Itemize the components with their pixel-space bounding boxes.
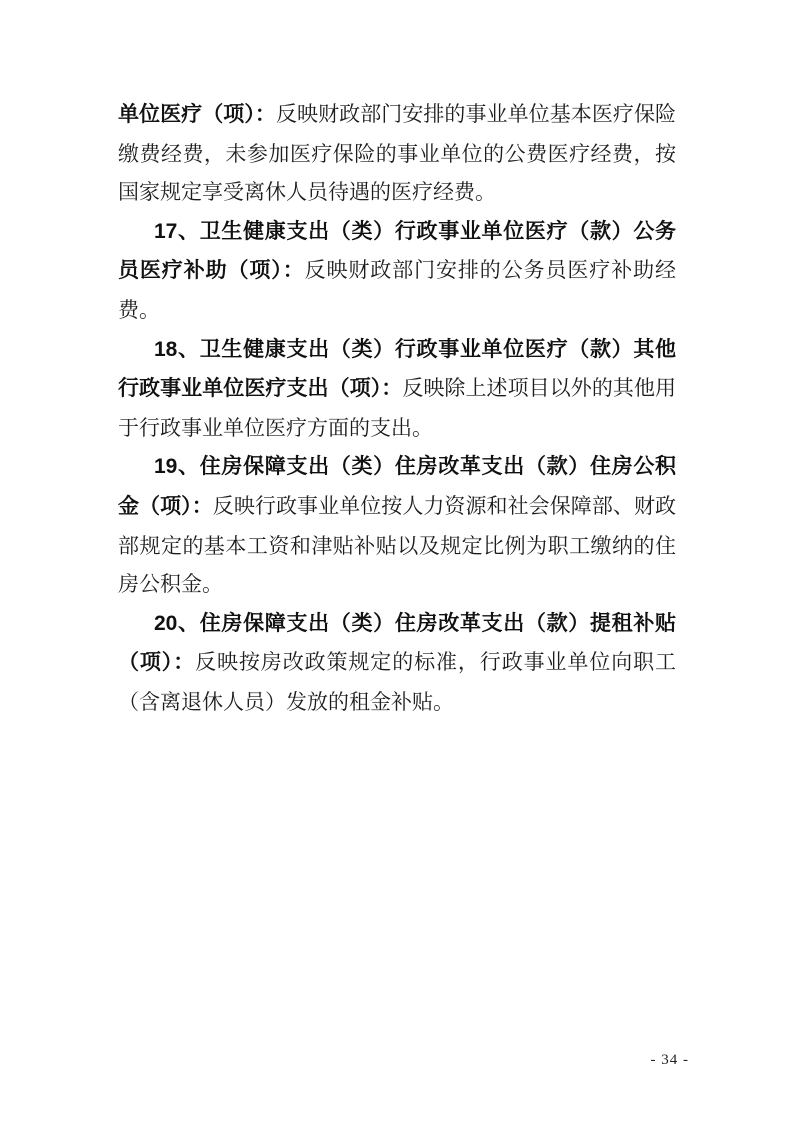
paragraph-item-18: 18、卫生健康支出（类）行政事业单位医疗（款）其他行政事业单位医疗支出（项）：反… [118,330,676,448]
paragraph-body: 反映按房改政策规定的标准，行政事业单位向职工（含离退休人员）发放的租金补贴。 [118,650,676,714]
document-body: 单位医疗（项）：反映财政部门安排的事业单位基本医疗保险缴费经费，未参加医疗保险的… [118,95,676,722]
paragraph-item-17: 17、卫生健康支出（类）行政事业单位医疗（款）公务员医疗补助（项）：反映财政部门… [118,212,676,330]
document-page: 单位医疗（项）：反映财政部门安排的事业单位基本医疗保险缴费经费，未参加医疗保险的… [0,0,793,1122]
paragraph-continuation: 单位医疗（项）：反映财政部门安排的事业单位基本医疗保险缴费经费，未参加医疗保险的… [118,95,676,212]
paragraph-item-20: 20、住房保障支出（类）住房改革支出（款）提租补贴（项）：反映按房改政策规定的标… [118,604,676,722]
paragraph-lead: 单位医疗（项）： [118,103,276,126]
paragraph-item-19: 19、住房保障支出（类）住房改革支出（款）住房公积金（项）：反映行政事业单位按人… [118,447,676,603]
page-number: - 34 - [651,1052,690,1069]
